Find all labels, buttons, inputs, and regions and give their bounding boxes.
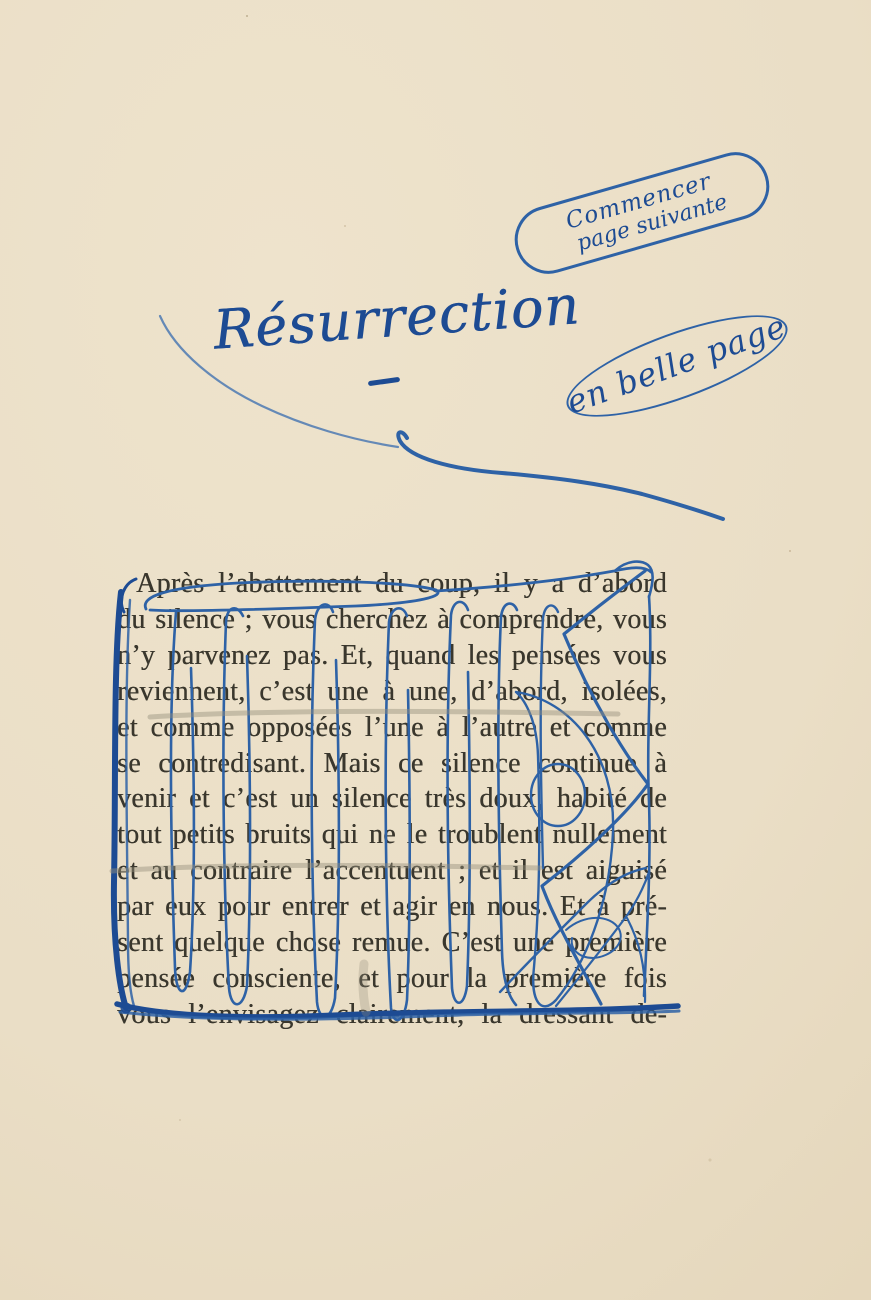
note-text: en belle page <box>561 307 791 422</box>
mid-page-swoosh-stroke <box>398 432 723 519</box>
handwritten-note-oval: en belle page <box>556 295 798 437</box>
paragraph-line: tout petits bruits qui ne le troublent n… <box>117 817 667 853</box>
paragraph-line: et au contraire l’accentuent ; et il est… <box>117 853 667 889</box>
paragraph-line: venir et c’est un silence très doux, hab… <box>117 781 667 817</box>
paragraph-line: pensée consciente, et pour la première f… <box>117 961 667 997</box>
handwritten-title: Résurrection <box>211 273 582 361</box>
handwritten-stamp-oval: Commencer page suivante <box>507 144 778 282</box>
title-dash-stroke <box>368 377 400 386</box>
paragraph-line: sent quelque chose remue. C’est une prem… <box>117 925 667 961</box>
paragraph-line: et comme opposées l’une à l’autre et com… <box>117 710 667 746</box>
paragraph-line: vous l’envisagez clairement, la dressant… <box>117 997 667 1033</box>
paragraph-line: n’y parvenez pas. Et, quand les pensées … <box>117 638 667 674</box>
printed-paragraph: Après l’abattement du coup, il y a d’abo… <box>117 566 667 1033</box>
paragraph-line: Après l’abattement du coup, il y a d’abo… <box>117 566 667 602</box>
scanned-manuscript-page: Commencer page suivante Résurrection en … <box>0 0 871 1300</box>
paragraph-line: du silence ; vous cherchez à comprendre,… <box>117 602 667 638</box>
paragraph-line: se contredisant. Mais ce silence continu… <box>117 746 667 782</box>
paragraph-line: reviennent, c’est une à une, d’abord, is… <box>117 674 667 710</box>
paragraph-line: par eux pour entrer et agir en nous. Et … <box>117 889 667 925</box>
